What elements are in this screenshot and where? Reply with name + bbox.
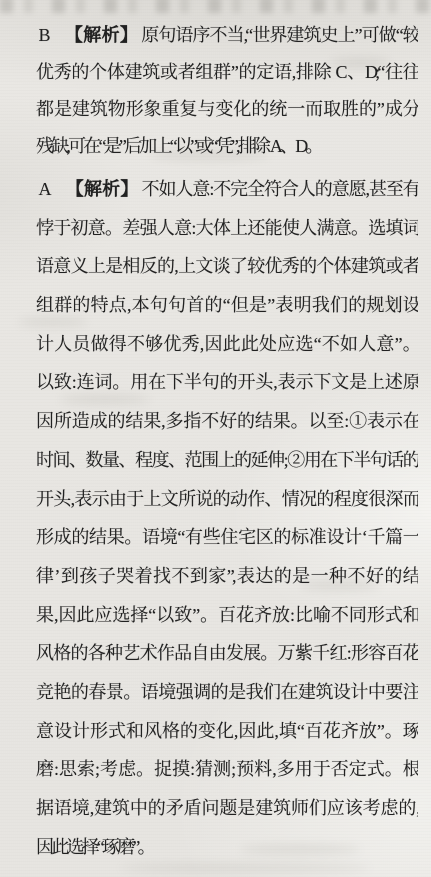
answer-item-1: 1.B【解析】原句语序不当,“世界建筑史上”可做“较 优秀的个体建筑或者组群”的… xyxy=(0,17,418,165)
text-line: 优秀的个体建筑或者组群”的定语,排除 C、D;“往往 xyxy=(36,54,418,91)
text-line: 开头,表示由于上文所说的动作、情况的程度很深而 xyxy=(36,480,418,519)
text-line: 语意义上是相反的,上文谈了较优秀的个体建筑或者 xyxy=(36,247,418,286)
item-first-line: 1.B【解析】原句语序不当,“世界建筑史上”可做“较 xyxy=(36,17,418,54)
text-line: 形成的结果。语境“有些住宅区的标准设计‘千篇一 xyxy=(36,518,418,557)
text-line: 以致:连词。用在下半句的开头,表示下文是上述原 xyxy=(36,363,418,402)
answer-item-2: 2.A【解析】不如人意:不完全符合人的意愿,甚至有 悖于初意。差强人意:大体上还… xyxy=(0,170,418,866)
text-line: 计人员做得不够优秀,因此此处应选“不如人意”。 xyxy=(36,325,418,364)
text-line: 时间、数量、程度、范围上的延伸;②用在下半句话的 xyxy=(36,441,418,480)
text-line: 因所造成的结果,多指不好的结果。以至:①表示在 xyxy=(36,402,418,441)
text-line: 因此选择“琢磨”。 xyxy=(36,828,418,867)
text-line: 律’到孩子哭着找不到家”,表达的是一种不好的结 xyxy=(36,557,418,596)
answer-letter: A xyxy=(39,179,53,199)
item-body-lines: 优秀的个体建筑或者组群”的定语,排除 C、D;“往往都是建筑物形象重复与变化的统… xyxy=(36,54,418,165)
text-line: 磨:思索;考虑。捉摸:猜测;预料,多用于否定式。根 xyxy=(36,750,418,789)
text-line: 据语境,建筑中的矛盾问题是建筑师们应该考虑的, xyxy=(36,789,418,828)
answer-letter: B xyxy=(39,25,52,45)
item-first-line: 2.A【解析】不如人意:不完全符合人的意愿,甚至有 xyxy=(36,170,418,209)
text-line: 组群的特点,本句句首的“但是”表明我们的规划设 xyxy=(36,286,418,325)
first-line-text: 原句语序不当,“世界建筑史上”可做“较 xyxy=(141,25,418,45)
text-line: 风格的各种艺术作品自由发展。万紫千红:形容百花 xyxy=(36,634,418,673)
text-line: 残缺,可在“是”后加上“以”或“凭”,排除 A、D。 xyxy=(36,128,418,165)
analysis-label: 【解析】 xyxy=(64,179,139,199)
item-body-lines: 悖于初意。差强人意:大体上还能使人满意。选填词语意义上是相反的,上文谈了较优秀的… xyxy=(36,209,418,867)
scanned-page: 1.B【解析】原句语序不当,“世界建筑史上”可做“较 优秀的个体建筑或者组群”的… xyxy=(0,0,431,877)
first-line-text: 不如人意:不完全符合人的意愿,甚至有 xyxy=(142,179,418,199)
text-line: 竞艳的春景。语境强调的是我们在建筑设计中要注 xyxy=(36,673,418,712)
text-line: 悖于初意。差强人意:大体上还能使人满意。选填词 xyxy=(36,209,418,248)
text-line: 意设计形式和风格的变化,因此,填“百花齐放”。琢 xyxy=(36,712,418,751)
analysis-label: 【解析】 xyxy=(63,25,138,45)
text-line: 果,因此应选择“以致”。百花齐放:比喻不同形式和 xyxy=(36,596,418,635)
text-line: 都是建筑物形象重复与变化的统一而取胜的”成分 xyxy=(36,91,418,128)
answer-key-text: 1.B【解析】原句语序不当,“世界建筑史上”可做“较 优秀的个体建筑或者组群”的… xyxy=(0,0,431,866)
